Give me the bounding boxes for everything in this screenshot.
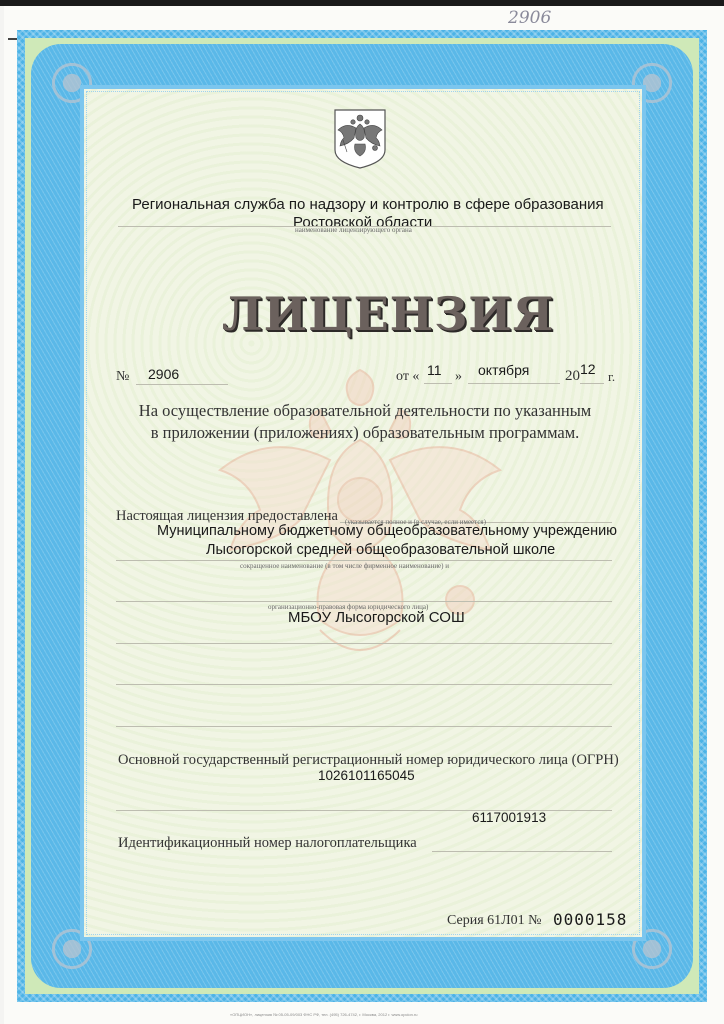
license-number: 2906 xyxy=(148,366,179,382)
series-number: 0000158 xyxy=(553,910,627,929)
day-underline xyxy=(424,383,452,384)
inn-label: Идентификационный номер налогоплательщик… xyxy=(118,835,417,852)
inn-underline xyxy=(432,851,612,852)
date-year-unit: г. xyxy=(608,369,615,385)
authority-caption: наименование лицензирующего органа xyxy=(295,226,412,234)
month-underline xyxy=(468,383,560,384)
licensee-full-name-line1: Муниципальному бюджетному общеобразовате… xyxy=(157,523,617,539)
series-label: Серия 61Л01 № xyxy=(447,913,542,929)
handwritten-number: 2906 xyxy=(508,8,551,28)
ogrn-value: 1026101165045 xyxy=(318,768,415,783)
printer-imprint: «ОПЦИОН», лицензия № 05-05-09/003 ФНС РФ… xyxy=(230,1012,418,1017)
granted-caption-short: сокращенное наименование (в том числе фи… xyxy=(240,562,449,570)
date-year-prefix: 20 xyxy=(565,368,580,385)
blank-line-2 xyxy=(116,643,612,644)
date-close-quote: » xyxy=(455,369,462,385)
document-title: ЛИЦЕНЗИЯ xyxy=(222,287,512,341)
date-prefix: от « xyxy=(396,369,419,385)
date-month: октября xyxy=(478,362,529,378)
blank-line-1 xyxy=(116,601,612,602)
coat-of-arms-icon xyxy=(331,108,389,170)
licensee-full-name-line2: Лысогорской средней общеобразовательной … xyxy=(206,542,555,558)
licensee-underline xyxy=(116,560,612,561)
purpose-line2: в приложении (приложениях) образовательн… xyxy=(100,423,630,443)
licensing-authority-line1: Региональная служба по надзору и контрол… xyxy=(132,196,604,213)
licensee-short-name: МБОУ Лысогорской СОШ xyxy=(288,609,465,626)
date-day: 11 xyxy=(427,362,442,378)
year-underline xyxy=(580,383,604,384)
blank-line-4 xyxy=(116,726,612,727)
purpose-line1: На осуществление образовательной деятель… xyxy=(100,401,630,421)
number-label: № xyxy=(116,369,129,385)
inn-value: 6117001913 xyxy=(472,810,546,825)
blank-line-3 xyxy=(116,684,612,685)
number-underline xyxy=(136,384,228,385)
ogrn-label: Основной государственный регистрационный… xyxy=(118,752,619,769)
date-year-suffix: 12 xyxy=(580,361,596,377)
